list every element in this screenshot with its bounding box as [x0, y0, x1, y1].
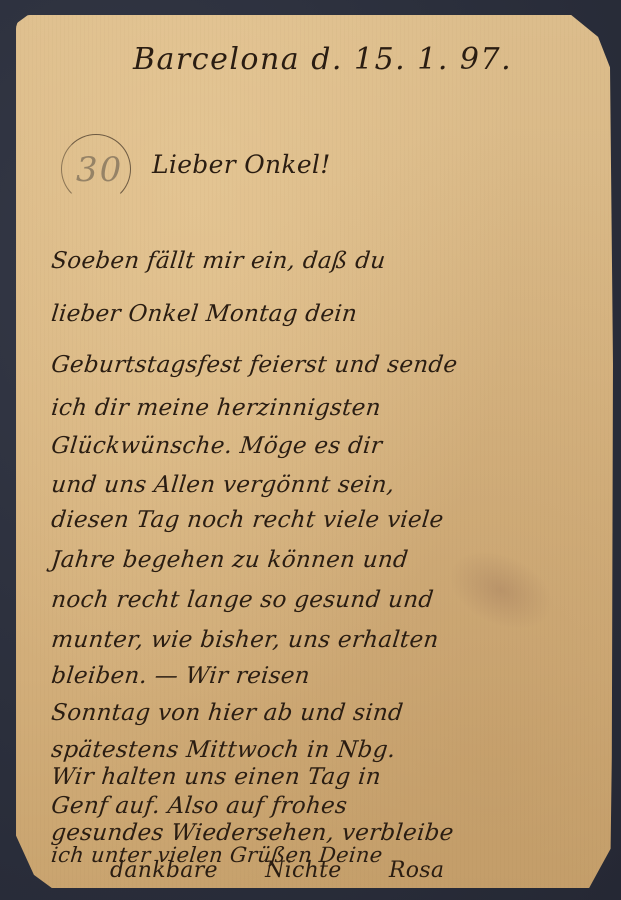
- body-line: diesen Tag noch recht viele viele: [50, 507, 445, 533]
- body-line: und uns Allen vergönnt sein,: [50, 472, 396, 498]
- body-line: Soeben fällt mir ein, daß du: [50, 248, 387, 274]
- body-line: Sonntag von hier ab und sind: [50, 700, 405, 726]
- signature: dankbare Nichte Rosa: [110, 858, 444, 883]
- body-line: munter, wie bisher, uns erhalten: [50, 627, 440, 653]
- body-line: Wir halten uns einen Tag in: [50, 764, 382, 790]
- ink-smudge: [436, 535, 565, 645]
- body-line: Geburtstagsfest feierst und sende: [50, 352, 459, 378]
- place-date-heading: Barcelona d. 15. 1. 97.: [133, 42, 512, 77]
- pencil-annotation-number: 30: [76, 150, 123, 190]
- body-line: spätestens Mittwoch in Nbg.: [50, 737, 397, 763]
- body-line: noch recht lange so gesund und: [50, 587, 435, 613]
- body-line: Glückwünsche. Möge es dir: [50, 433, 383, 459]
- body-line: ich dir meine herzinnigsten: [50, 395, 382, 421]
- body-line: Jahre begehen zu können und: [50, 547, 409, 573]
- body-line: lieber Onkel Montag dein: [50, 301, 358, 327]
- salutation: Lieber Onkel!: [152, 150, 331, 179]
- body-line: bleiben. — Wir reisen: [50, 663, 311, 689]
- body-line: Genf auf. Also auf frohes: [50, 793, 349, 819]
